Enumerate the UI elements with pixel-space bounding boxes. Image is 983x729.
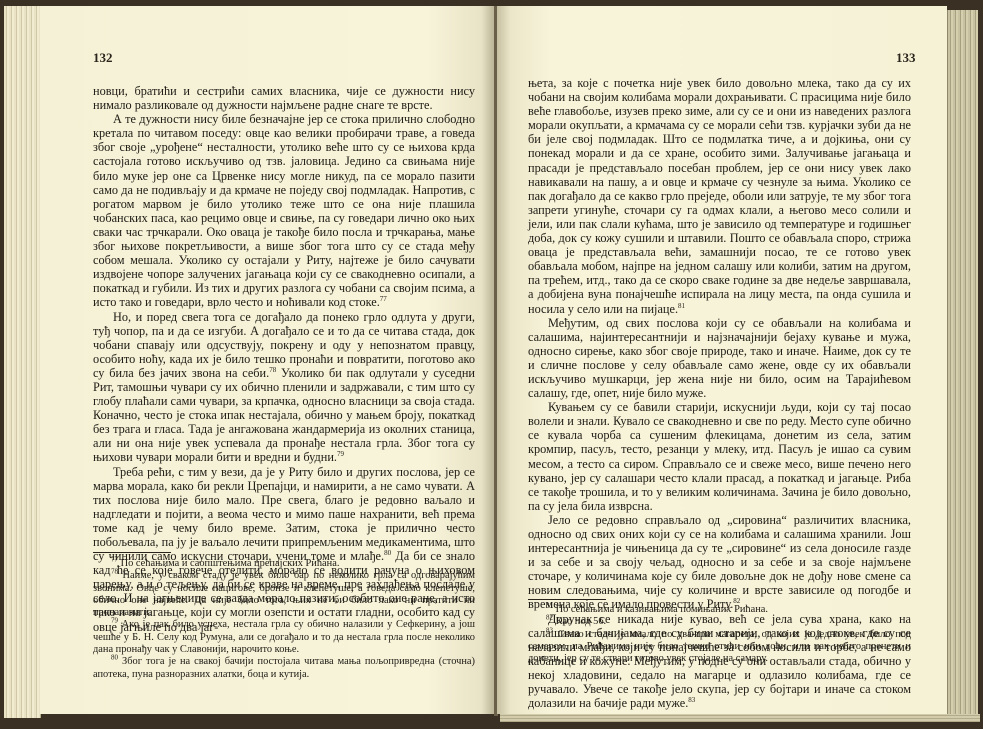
footnote: 77 По сећањима и саопштењима црепајских … [93,558,475,570]
page-number: 132 [93,50,113,66]
left-page: 132 новци, братићи и сестрићи самих влас… [40,6,495,714]
footnote: 79 Ако је пак било успеха, нестала грла … [93,619,475,656]
paragraph: Но, и поред свега тога се догађало да по… [93,310,475,465]
left-footnotes: 77 По сећањима и саопштењима црепајских … [93,558,475,681]
right-page: 133 њета, за које с почетка није увек би… [497,6,947,714]
footnote: 78 Наиме, у сваком стаду је увек било ба… [93,570,475,619]
footnote: 81 По сећањима и казивањима помињаних Ри… [528,604,911,616]
footnote: 80 Због тога је на свакој бачији постоја… [93,656,475,681]
footnote-ref[interactable]: 77 [380,295,387,303]
footnote-ref[interactable]: 79 [337,450,344,458]
footnote-ref[interactable]: 83 [688,696,695,704]
paragraph: новци, братићи и сестрићи самих власника… [93,84,475,112]
open-book: 132 новци, братићи и сестрићи самих влас… [0,0,983,729]
footnote-ref[interactable]: 81 [678,301,685,309]
footnote: 82 Као под 56. [528,616,911,628]
bottom-page-edges [500,714,980,722]
footnote-divider [528,599,606,600]
footnote: 83 Свако стадо је имало по два-три магар… [528,629,911,666]
right-page-edges [947,10,978,718]
paragraph: Међутим, од свих послова који су се обав… [528,316,911,401]
footnote-divider [93,552,171,553]
left-page-edges [4,6,41,718]
paragraph: Јело се редовно справљало од „сировина“ … [528,513,911,612]
right-footnotes: 81 По сећањима и казивањима помињаних Ри… [528,604,911,665]
page-number: 133 [896,50,916,66]
paragraph: Кувањем су се бавили старији, искуснији … [528,400,911,513]
paragraph: њета, за које с почетка није увек било д… [528,76,911,316]
paragraph: А те дужности нису биле безначајне јер с… [93,112,475,309]
